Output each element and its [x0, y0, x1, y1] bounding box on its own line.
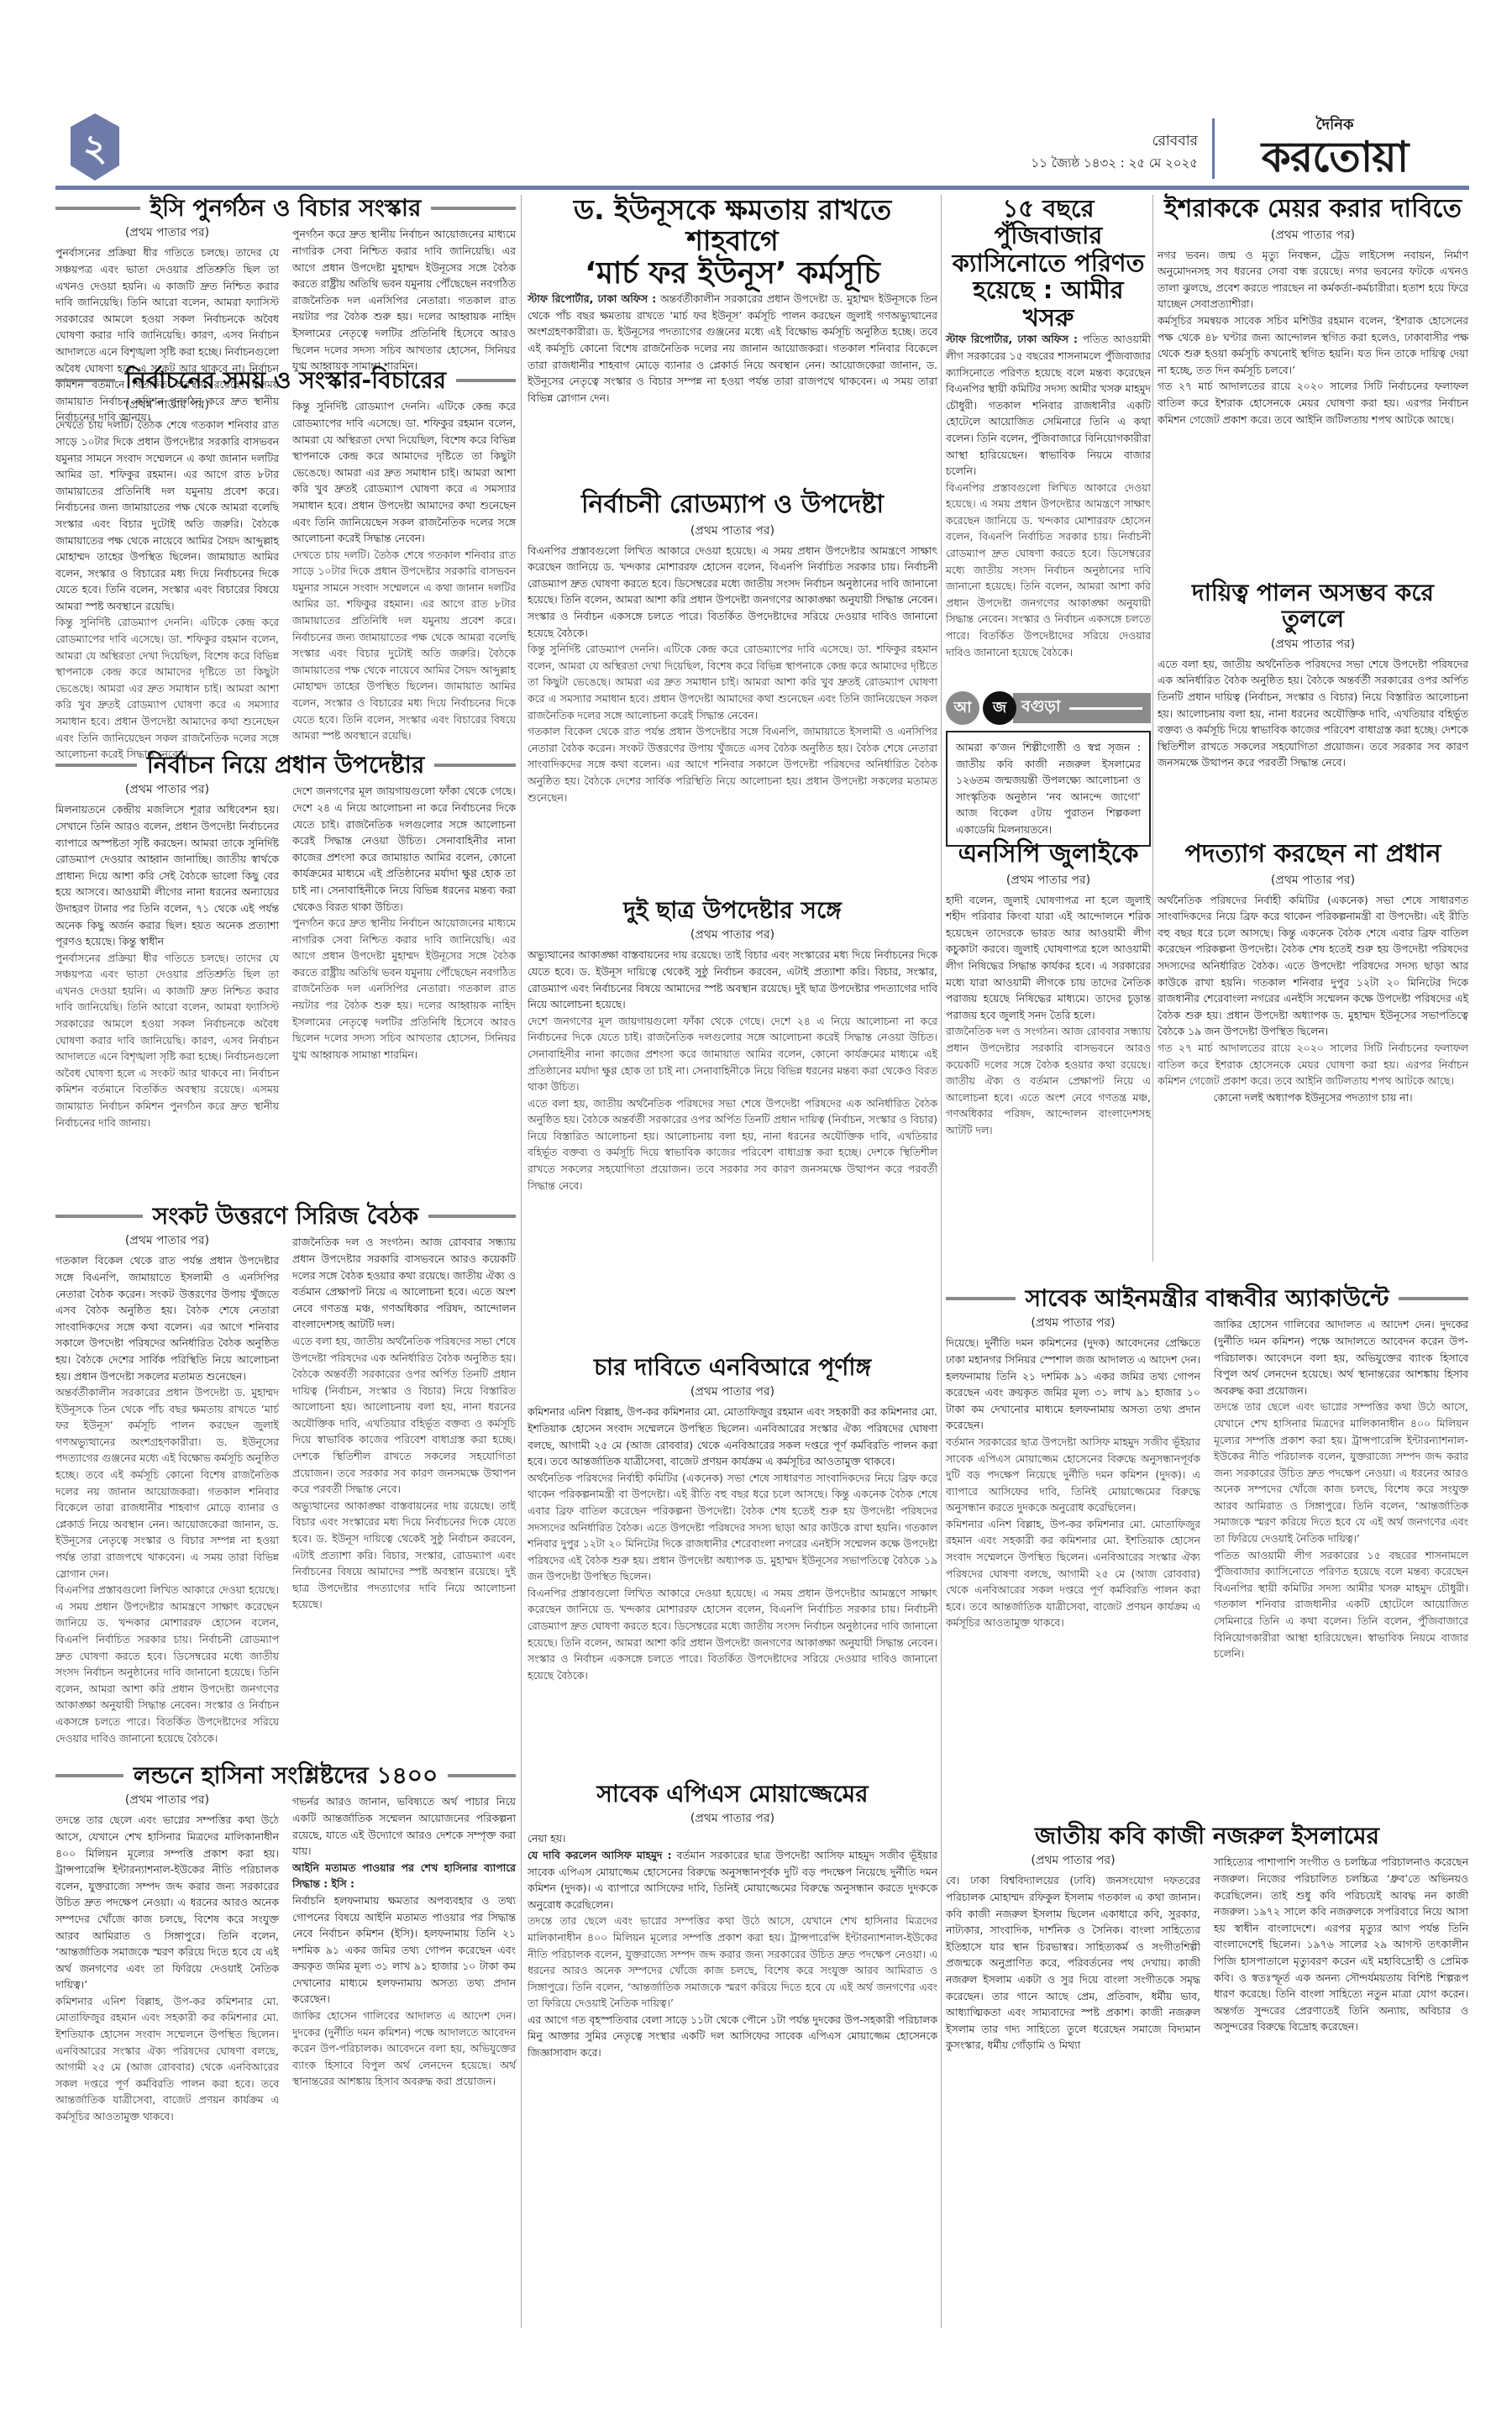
headline: ইসি পুনর্গঠন ও বিচার সংস্কার: [55, 195, 516, 221]
headline: সাবেক এপিএস মোয়াজ্জেমের: [528, 1781, 937, 1807]
headline: সংকট উত্তরণে সিরিজ বৈঠক: [55, 1203, 516, 1229]
article-body: নির্বাচনি হলফনামায় ক্ষমতার অপব্যবহার ও …: [292, 1892, 516, 2008]
logo-title: করতোয়া: [1221, 134, 1448, 181]
article-body: অন্তর্বর্তীকালীন সরকারের প্রধান উপদেষ্টা…: [528, 292, 937, 404]
article-body: তদন্তে তার ছেলে এবং ভাগ্নের সম্পত্তির কথ…: [55, 1812, 279, 1993]
dateline: রোববার ১১ জ্যৈষ্ঠ ১৪৩২ : ২৫ মে ২০২৫: [1031, 130, 1198, 174]
hexagon-icon: ২: [67, 112, 123, 182]
headline: হয়েছে : আমীর খসরু: [946, 276, 1151, 331]
article-ncp-july: এনসিপি জুলাইকে (প্রথম পাতার পর) হাদী বলে…: [946, 840, 1151, 1139]
continued-label: (প্রথম পাতার পর): [528, 521, 937, 541]
article-body: রাজনৈতিক দল ও সংগঠন। আজ রোববার সন্ধ্যায়…: [946, 1023, 1151, 1138]
continued-label: (প্রথম পাতার পর): [1158, 634, 1468, 654]
date: ১১ জ্যৈষ্ঠ ১৪৩২ : ২৫ মে ২০২৫: [1031, 152, 1198, 174]
article-body: কিন্তু সুনির্দিষ্ট রোডম্যাপ দেননি। এটিকে…: [55, 614, 279, 762]
article-body: পুনর্গঠন করে দ্রুত স্থানীয় নির্বাচন আয়…: [292, 226, 516, 374]
article-body: রাজনৈতিক দল ও সংগঠন। আজ রোববার সন্ধ্যায়…: [292, 1234, 516, 1333]
article-body: পতিত আওয়ামী লীগ সরকারের ১৫ বছরের শাসনাম…: [946, 333, 1151, 477]
article-body: দেশে জনগণের মূল জায়গায়গুলো ফাঁকা থেকে …: [528, 1013, 937, 1095]
article-body: সাহিত্যের পাশাপাশি সংগীত ও চলচ্চিত্র পরি…: [1214, 1854, 1468, 2035]
headline: ড. ইউনূসকে ক্ষমতায় রাখতে শাহবাগে: [528, 195, 937, 257]
headline: ১৫ বছরে পুঁজিবাজার: [946, 195, 1151, 249]
continued-label: (প্রথম পাতার পর): [55, 1231, 279, 1251]
article-body: অর্থনৈতিক পরিষদের নির্বাহী কমিটির (একনেক…: [1158, 892, 1468, 1040]
byline: স্টাফ রিপোর্টার, ঢাকা অফিস :: [528, 292, 656, 305]
article-nazrul: জাতীয় কবি কাজী নজরুল ইসলামের (প্রথম পাত…: [946, 1823, 1468, 2054]
article-body: কমিশনার এনিশ বিল্লাহ, উপ-কর কমিশনার মো. …: [55, 1993, 279, 2125]
article-body: দিয়েছে। দুর্নীতি দমন কমিশনের (দুদক) আবে…: [946, 1335, 1200, 1434]
headline: ক্যাসিনোতে পরিণত: [946, 249, 1151, 276]
article-ishraq: ইশরাককে মেয়র করার দাবিতে (প্রথম পাতার প…: [1158, 195, 1468, 428]
article-body: অর্থনৈতিক পরিষদের নির্বাহী কমিটির (একনেক…: [528, 1470, 937, 1585]
article-body: কোনো দলই অধ্যাপক ইউনূসের পদত্যাগ চায় না…: [1158, 1089, 1468, 1106]
continued-label: (প্রথম পাতার পর): [946, 870, 1151, 890]
svg-text:২: ২: [83, 127, 108, 170]
article-body: অভ্যুত্থানের আকাঙ্ক্ষা বাস্তবায়নের দায়…: [292, 1498, 516, 1613]
article-roadmap: নির্বাচনী রোডম্যাপ ও উপদেষ্টা (প্রথম পাত…: [528, 491, 937, 806]
masthead-divider: [1212, 118, 1215, 179]
newspaper-page: ২ রোববার ১১ জ্যৈষ্ঠ ১৪৩২ : ২৫ মে ২০২৫ দৈ…: [0, 0, 1512, 2430]
article-body: জাকির হোসেন গালিবের আদালত এ আদেশ দেন। দু…: [1214, 1316, 1468, 1399]
headline: পদত্যাগ করছেন না প্রধান: [1158, 840, 1468, 869]
column-divider: [941, 195, 942, 2328]
article-body: পুনর্গঠন করে দ্রুত স্থানীয় নির্বাচন আয়…: [292, 915, 516, 1063]
article-body: নেয়া হয়।: [528, 1830, 937, 1847]
article-paragraph: গত ২৭ মার্চ আদালতের রায়ে ২০২০ সালের সিট…: [1158, 378, 1468, 428]
tag-letter: আ: [946, 691, 979, 725]
article-london-hasina: লন্ডনে হাসিনা সংশ্লিষ্টদের ১৪০০ (প্রথম প…: [55, 1762, 516, 2125]
page-number-badge: ২: [67, 112, 123, 182]
article-election-time: নির্বাচনের সময় ও সংস্কার-বিচারের (প্রথম…: [55, 367, 516, 763]
headline: নির্বাচন নিয়ে প্রধান উপদেষ্টার: [55, 752, 516, 778]
article-body: কমিশনার এনিশ বিল্লাহ, উপ-কর কমিশনার মো. …: [946, 1516, 1200, 1631]
headline: এনসিপি জুলাইকে: [946, 840, 1151, 869]
article-body: বিএনপির প্রস্তাবগুলো লিখিত আকারে দেওয়া …: [946, 480, 1151, 661]
article-body: কিন্তু সুনির্দিষ্ট রোডম্যাপ দেননি। এটিকে…: [292, 398, 516, 546]
tag-letter: জ: [983, 691, 1016, 725]
continued-label: (প্রথম পাতার পর): [55, 395, 279, 415]
article-body: বিএনপির প্রস্তাবগুলো লিখিত আকারে দেওয়া …: [528, 1585, 937, 1684]
headline: দায়িত্ব পালন অসম্ভব করে তুললে: [1158, 580, 1468, 632]
article-body: গতকাল বিকেল থেকে রাত পর্যন্ত প্রধান উপদে…: [528, 723, 937, 806]
article-body: গভর্নর আরও জানান, ভবিষ্যতে অর্থ পাচার নি…: [292, 1793, 516, 1859]
weekday: রোববার: [1031, 130, 1198, 152]
byline: স্টাফ রিপোর্টার, ঢাকা অফিস :: [946, 333, 1078, 345]
article-body: অভ্যুত্থানের আকাঙ্ক্ষা বাস্তবায়নের দায়…: [528, 947, 937, 1012]
article-paragraph: নগর ভবন। জন্ম ও মৃত্যু নিবন্ধন, ট্রেড লা…: [1158, 247, 1468, 312]
article-chief-adviser-election: নির্বাচন নিয়ে প্রধান উপদেষ্টার (প্রথম প…: [55, 752, 516, 1131]
continued-label: (প্রথম পাতার পর): [946, 1313, 1200, 1333]
article-body: বর্তমান সরকারের ছাত্র উপদেষ্টা আসিফ মাহম…: [946, 1434, 1200, 1516]
article-apps: সাবেক এপিএস মোয়াজ্জেমের (প্রথম পাতার পর…: [528, 1781, 937, 2061]
article-body: দেখতে চায় দলটি। তৈঠক শেষে গতকাল শনিবার …: [55, 417, 279, 614]
continued-label: (প্রথম পাতার পর): [528, 925, 937, 945]
continued-label: (প্রথম পাতার পর): [1158, 225, 1468, 245]
headline: ‘মার্চ ফর ইউনূস’ কর্মসূচি: [528, 257, 937, 291]
headline: দুই ছাত্র উপদেষ্টার সঙ্গে: [528, 897, 937, 923]
article-two-students: দুই ছাত্র উপদেষ্টার সঙ্গে (প্রথম পাতার প…: [528, 897, 937, 1194]
continued-label: (প্রথম পাতার পর): [55, 1790, 279, 1810]
article-body: গত ২৭ মার্চ আদালতের রায়ে ২০২০ সালের সিট…: [1158, 1040, 1468, 1089]
headline: জাতীয় কবি কাজী নজরুল ইসলামের: [946, 1823, 1468, 1849]
article-duty: দায়িত্ব পালন অসম্ভব করে তুললে (প্রথম পা…: [1158, 580, 1468, 771]
event-notice: আমরা ক’জন শিল্পীগোষ্ঠী ও স্বপ্ন সৃজন : জ…: [946, 731, 1151, 847]
article-body: এতে বলা হয়, জাতীয় অর্থনৈতিক পরিষদের সভ…: [1158, 656, 1468, 771]
article-body: অন্তর্বর্তীকালীন সরকারের প্রধান উপদেষ্টা…: [55, 1384, 279, 1582]
article-series-meeting: সংকট উত্তরণে সিরিজ বৈঠক (প্রথম পাতার পর)…: [55, 1203, 516, 1746]
headline: নির্বাচনের সময় ও সংস্কার-বিচারের: [55, 367, 516, 393]
article-body: কমিশনার এনিশ বিল্লাহ, উপ-কর কমিশনার মো. …: [528, 1404, 937, 1469]
article-body: বে। ঢাকা বিশ্ববিদ্যালয়ের (ঢাবি) জনসংযোগ…: [946, 1872, 1200, 2054]
article-body: মিলনায়তনে কেন্দ্রীয় মজলিসে শূরার অধিবে…: [55, 801, 279, 949]
headline: নির্বাচনী রোডম্যাপ ও উপদেষ্টা: [528, 491, 937, 519]
article-body: এর আগে গত বৃহস্পতিবার বেলা সাড়ে ১১টা থে…: [528, 2012, 937, 2061]
article-amir-khasru: ১৫ বছরে পুঁজিবাজার ক্যাসিনোতে পরিণত হয়ে…: [946, 195, 1151, 660]
article-body: দেখতে চায় দলটি। তৈঠক শেষে গতকাল শনিবার …: [292, 547, 516, 744]
subhead: আইনি মতামত পাওয়ার পর শেখ হাসিনার ব্যাপা…: [292, 1860, 516, 1892]
continued-label: (প্রথম পাতার পর): [528, 1808, 937, 1829]
continued-label: (প্রথম পাতার পর): [1158, 870, 1468, 890]
article-main-lead: ড. ইউনূসকে ক্ষমতায় রাখতে শাহবাগে ‘মার্চ…: [528, 195, 937, 406]
headline: চার দাবিতে এনবিআরে পূর্ণাঙ্গ: [528, 1354, 937, 1380]
article-law-minister: সাবেক আইনমন্ত্রীর বান্ধবীর অ্যাকাউন্টে (…: [946, 1285, 1468, 1662]
article-body: জাকির হোসেন গালিবের আদালত এ আদেশ দেন। দু…: [292, 2008, 516, 2090]
headline: লন্ডনে হাসিনা সংশ্লিষ্টদের ১৪০০: [55, 1762, 516, 1788]
headline: ইশরাককে মেয়র করার দাবিতে: [1158, 195, 1468, 223]
logo-prefix: দৈনিক: [1221, 117, 1448, 134]
article-body: পুনর্বাসনের প্রক্রিয়া ধীর গতিতে চলছে। ত…: [55, 950, 279, 1131]
masthead-rule: [55, 186, 1469, 190]
continued-label: (প্রথম পাতার পর): [55, 223, 279, 243]
column-divider: [521, 195, 522, 2328]
article-body: বিএনপির প্রস্তাবগুলো লিখিত আকারে দেওয়া …: [528, 543, 937, 642]
article-body: এতে বলা হয়, জাতীয় অর্থনৈতিক পরিষদের সভ…: [528, 1095, 937, 1194]
article-body: কিন্তু সুনির্দিষ্ট রোডম্যাপ দেননি। এটিকে…: [528, 641, 937, 723]
article-nbr: চার দাবিতে এনবিআরে পূর্ণাঙ্গ (প্রথম পাতা…: [528, 1354, 937, 1683]
headline: সাবেক আইনমন্ত্রীর বান্ধবীর অ্যাকাউন্টে: [946, 1285, 1468, 1311]
article-not-resign: পদত্যাগ করছেন না প্রধান (প্রথম পাতার পর)…: [1158, 840, 1468, 1105]
article-body: বিএনপির প্রস্তাবগুলো লিখিত আকারে দেওয়া …: [55, 1582, 279, 1746]
newspaper-logo: দৈনিক করতোয়া: [1221, 117, 1448, 181]
article-body: পতিত আওয়ামী লীগ সরকারের ১৫ বছরের শাসনাম…: [1214, 1547, 1468, 1662]
continued-label: (প্রথম পাতার পর): [946, 1850, 1200, 1871]
subhead: যে দাবি করলেন আসিফ মাহমুদ :: [528, 1849, 672, 1861]
article-body: দেশে জনগণের মূল জায়গায়গুলো ফাঁকা থেকে …: [292, 783, 516, 915]
masthead: ২ রোববার ১১ জ্যৈষ্ঠ ১৪৩২ : ২৫ মে ২০২৫ দৈ…: [55, 112, 1467, 187]
article-body: হাদী বলেন, জুলাই ঘোষণাপত্র না হলে জুলাই …: [946, 892, 1151, 1024]
article-paragraph: কর্মসূচির সমন্বয়ক সাবেক সচিব মশিউর রহমা…: [1158, 312, 1468, 378]
section-tag: আ জ বগুড়া: [946, 690, 1151, 726]
today-bogura-box: আ জ বগুড়া আমরা ক’জন শিল্পীগোষ্ঠী ও স্বপ…: [946, 690, 1151, 847]
continued-label: (প্রথম পাতার পর): [528, 1382, 937, 1402]
article-body: এতে বলা হয়, জাতীয় অর্থনৈতিক পরিষদের সভ…: [292, 1333, 516, 1498]
tag-label: বগুড়া: [1013, 693, 1151, 723]
continued-label: (প্রথম পাতার পর): [55, 779, 279, 800]
article-body: গতকাল বিকেল থেকে রাত পর্যন্ত প্রধান উপদে…: [55, 1252, 279, 1384]
column-divider: [1152, 195, 1153, 1262]
article-body: তদন্তে তার ছেলে এবং ভাগ্নের সম্পত্তির কথ…: [1214, 1399, 1468, 1546]
article-body: তদন্তে তার ছেলে এবং ভাগ্নের সম্পত্তির কথ…: [528, 1913, 937, 2012]
